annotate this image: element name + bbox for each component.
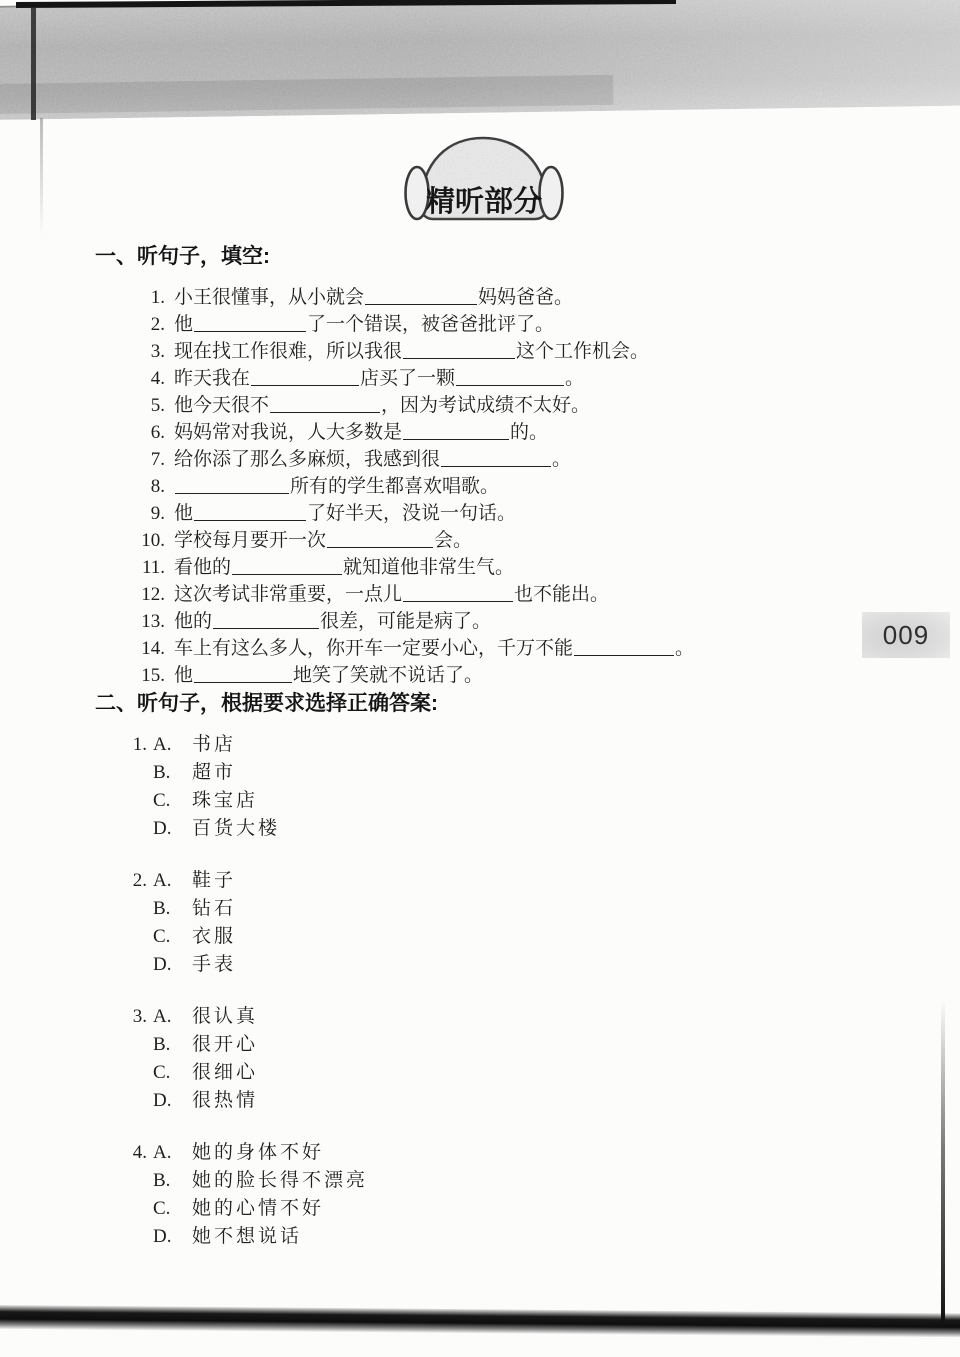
- item-text: 妈妈爸爸。: [478, 287, 573, 308]
- item-number: 14.: [131, 635, 165, 662]
- item-text: 小王很懂事，从小就会: [174, 287, 364, 308]
- option-text: 书店: [192, 731, 236, 759]
- option-row: D.她不想说话: [95, 1223, 875, 1251]
- option-row: 3.A.很认真: [95, 1003, 875, 1031]
- option-text: 她的心情不好: [192, 1195, 324, 1223]
- question-block: 4.A.她的身体不好B.她的脸长得不漂亮C.她的心情不好D.她不想说话: [95, 1139, 875, 1251]
- question-number: [95, 1031, 147, 1059]
- fill-blank-item: 1.小王很懂事，从小就会妈妈爸爸。: [131, 284, 875, 311]
- question-block: 2.A.鞋子B.钻石C.衣服D.手表: [95, 867, 875, 979]
- item-text: 他的: [174, 611, 212, 632]
- option-label: C.: [153, 1195, 179, 1223]
- option-row: B.她的脸长得不漂亮: [95, 1167, 875, 1195]
- item-number: 3.: [131, 338, 165, 365]
- question-number: 3.: [95, 1003, 147, 1031]
- question-number: 1.: [95, 731, 147, 759]
- question-number: [95, 815, 147, 843]
- listening-section-badge: 精听部分: [399, 131, 569, 227]
- fill-in-blank-line: [327, 530, 433, 548]
- question-number: [95, 951, 147, 979]
- scan-right-edge-line: [941, 1000, 945, 1322]
- fill-in-blank-line: [403, 341, 515, 359]
- option-text: 超市: [192, 759, 236, 787]
- item-text: 。: [552, 449, 571, 470]
- option-row: D.很热情: [95, 1087, 875, 1115]
- option-label: B.: [153, 759, 179, 787]
- option-text: 她的身体不好: [192, 1139, 324, 1167]
- item-text: 妈妈常对我说，人大多数是: [174, 422, 402, 443]
- fill-in-blank-line: [441, 449, 551, 467]
- item-number: 8.: [131, 473, 165, 500]
- fill-blank-item: 5.他今天很不，因为考试成绩不太好。: [131, 392, 875, 419]
- option-row: D.手表: [95, 951, 875, 979]
- fill-blank-item: 4.昨天我在店买了一颗。: [131, 365, 875, 392]
- fill-blank-item: 3.现在找工作很难，所以我很这个工作机会。: [131, 338, 875, 365]
- item-number: 4.: [131, 365, 165, 392]
- page-number-box: 009: [862, 612, 950, 658]
- fill-in-blank-line: [403, 584, 513, 602]
- badge-label: 精听部分: [426, 185, 542, 218]
- fill-blank-item: 6.妈妈常对我说，人大多数是的。: [131, 419, 875, 446]
- item-text: 。: [565, 368, 584, 389]
- item-text: 了好半天，没说一句话。: [307, 503, 516, 524]
- item-number: 12.: [131, 581, 165, 608]
- question-number: [95, 1195, 147, 1223]
- item-text: 学校每月要开一次: [174, 530, 326, 551]
- fill-in-blank-line: [456, 368, 564, 386]
- fill-in-blank-line: [175, 476, 289, 494]
- item-number: 2.: [131, 311, 165, 338]
- option-text: 衣服: [192, 923, 236, 951]
- option-row: D.百货大楼: [95, 815, 875, 843]
- question-number: 2.: [95, 867, 147, 895]
- fill-blank-item: 8.所有的学生都喜欢唱歌。: [131, 473, 875, 500]
- item-text: 看他的: [174, 557, 231, 578]
- fill-blank-item: 15.他地笑了笑就不说话了。: [131, 662, 875, 689]
- item-text: 他: [174, 503, 193, 524]
- option-row: C.衣服: [95, 923, 875, 951]
- item-text: 这个工作机会。: [516, 341, 649, 362]
- fill-blank-item: 13.他的很差，可能是病了。: [131, 608, 875, 635]
- question-number: [95, 1223, 147, 1251]
- option-text: 很认真: [192, 1003, 258, 1031]
- option-text: 百货大楼: [192, 815, 280, 843]
- question-number: [95, 759, 147, 787]
- fill-blank-item: 7.给你添了那么多麻烦，我感到很。: [131, 446, 875, 473]
- fill-blank-item: 10.学校每月要开一次会。: [131, 527, 875, 554]
- option-row: C.珠宝店: [95, 787, 875, 815]
- question-number: [95, 923, 147, 951]
- item-text: 他今天很不: [174, 395, 269, 416]
- scan-banner-texture: [0, 0, 960, 120]
- fill-in-blank-line: [232, 557, 342, 575]
- fill-blank-item: 2.他了一个错误，被爸爸批评了。: [131, 311, 875, 338]
- section-multiple-choice: 二、听句子，根据要求选择正确答案: 1.A.书店B.超市C.珠宝店D.百货大楼2…: [95, 690, 875, 1275]
- option-label: A.: [153, 1003, 179, 1031]
- section-fill-blanks: 一、听句子，填空: 1.小王很懂事，从小就会妈妈爸爸。2.他了一个错误，被爸爸批…: [95, 243, 875, 689]
- question-block: 1.A.书店B.超市C.珠宝店D.百货大楼: [95, 731, 875, 843]
- fill-in-blank-line: [574, 638, 674, 656]
- item-number: 1.: [131, 284, 165, 311]
- fill-in-blank-line: [194, 503, 306, 521]
- scanned-worksheet-page: 精听部分 009 一、听句子，填空: 1.小王很懂事，从小就会妈妈爸爸。2.他了…: [0, 0, 960, 1357]
- item-text: ，因为考试成绩不太好。: [381, 395, 590, 416]
- section1-items: 1.小王很懂事，从小就会妈妈爸爸。2.他了一个错误，被爸爸批评了。3.现在找工作…: [95, 284, 875, 689]
- question-number: [95, 1087, 147, 1115]
- question-number: [95, 1167, 147, 1195]
- option-label: A.: [153, 1139, 179, 1167]
- option-text: 钻石: [192, 895, 236, 923]
- scan-banner: [0, 0, 960, 120]
- scan-left-smudge: [40, 118, 43, 236]
- item-text: 店买了一颗: [360, 368, 455, 389]
- question-block: 3.A.很认真B.很开心C.很细心D.很热情: [95, 1003, 875, 1115]
- item-text: 他: [174, 314, 193, 335]
- option-label: D.: [153, 1087, 179, 1115]
- item-text: 了一个错误，被爸爸批评了。: [307, 314, 554, 335]
- item-number: 11.: [131, 554, 165, 581]
- item-text: 地笑了笑就不说话了。: [293, 665, 483, 686]
- scan-bottom-edge-band: [0, 1305, 960, 1338]
- fill-blank-item: 12.这次考试非常重要，一点儿也不能出。: [131, 581, 875, 608]
- item-text: 也不能出。: [514, 584, 609, 605]
- item-number: 7.: [131, 446, 165, 473]
- option-text: 珠宝店: [192, 787, 258, 815]
- item-text: 的。: [510, 422, 548, 443]
- option-label: B.: [153, 895, 179, 923]
- option-text: 她不想说话: [192, 1223, 302, 1251]
- section1-heading: 一、听句子，填空:: [95, 243, 875, 271]
- option-label: D.: [153, 815, 179, 843]
- section2-questions: 1.A.书店B.超市C.珠宝店D.百货大楼2.A.鞋子B.钻石C.衣服D.手表3…: [95, 731, 875, 1251]
- item-text: 就知道他非常生气。: [343, 557, 514, 578]
- item-number: 13.: [131, 608, 165, 635]
- option-label: B.: [153, 1031, 179, 1059]
- fill-blank-item: 9.他了好半天，没说一句话。: [131, 500, 875, 527]
- question-number: [95, 1059, 147, 1087]
- question-number: [95, 787, 147, 815]
- option-label: B.: [153, 1167, 179, 1195]
- section2-heading: 二、听句子，根据要求选择正确答案:: [95, 690, 875, 718]
- item-text: 车上有这么多人，你开车一定要小心，千万不能: [174, 638, 573, 659]
- item-number: 10.: [131, 527, 165, 554]
- fill-in-blank-line: [213, 611, 319, 629]
- scan-left-edge-line: [31, 8, 36, 120]
- option-text: 鞋子: [192, 867, 236, 895]
- option-label: A.: [153, 731, 179, 759]
- item-number: 6.: [131, 419, 165, 446]
- fill-blank-item: 11.看他的就知道他非常生气。: [131, 554, 875, 581]
- option-row: B.钻石: [95, 895, 875, 923]
- option-text: 她的脸长得不漂亮: [192, 1167, 368, 1195]
- fill-in-blank-line: [251, 368, 359, 386]
- page-number: 009: [883, 620, 929, 651]
- option-text: 很热情: [192, 1087, 258, 1115]
- question-number: 4.: [95, 1139, 147, 1167]
- option-label: C.: [153, 1059, 179, 1087]
- option-row: C.很细心: [95, 1059, 875, 1087]
- option-row: C.她的心情不好: [95, 1195, 875, 1223]
- item-text: 很差，可能是病了。: [320, 611, 491, 632]
- option-text: 很细心: [192, 1059, 258, 1087]
- fill-blank-item: 14.车上有这么多人，你开车一定要小心，千万不能。: [131, 635, 875, 662]
- headphones-icon: 精听部分: [399, 131, 569, 227]
- item-text: 现在找工作很难，所以我很: [174, 341, 402, 362]
- item-text: 。: [675, 638, 694, 659]
- option-row: 2.A.鞋子: [95, 867, 875, 895]
- option-text: 很开心: [192, 1031, 258, 1059]
- option-row: B.超市: [95, 759, 875, 787]
- item-text: 这次考试非常重要，一点儿: [174, 584, 402, 605]
- option-row: 1.A.书店: [95, 731, 875, 759]
- item-text: 他: [174, 665, 193, 686]
- fill-in-blank-line: [403, 422, 509, 440]
- fill-in-blank-line: [194, 314, 306, 332]
- option-row: 4.A.她的身体不好: [95, 1139, 875, 1167]
- item-number: 5.: [131, 392, 165, 419]
- item-number: 9.: [131, 500, 165, 527]
- fill-in-blank-line: [270, 395, 380, 413]
- item-text: 会。: [434, 530, 472, 551]
- item-text: 昨天我在: [174, 368, 250, 389]
- item-text: 给你添了那么多麻烦，我感到很: [174, 449, 440, 470]
- question-number: [95, 895, 147, 923]
- option-label: D.: [153, 951, 179, 979]
- item-number: 15.: [131, 662, 165, 689]
- option-label: C.: [153, 787, 179, 815]
- option-text: 手表: [192, 951, 236, 979]
- option-label: D.: [153, 1223, 179, 1251]
- fill-in-blank-line: [365, 287, 477, 305]
- option-label: C.: [153, 923, 179, 951]
- item-text: 所有的学生都喜欢唱歌。: [290, 476, 499, 497]
- option-row: B.很开心: [95, 1031, 875, 1059]
- fill-in-blank-line: [194, 665, 292, 683]
- option-label: A.: [153, 867, 179, 895]
